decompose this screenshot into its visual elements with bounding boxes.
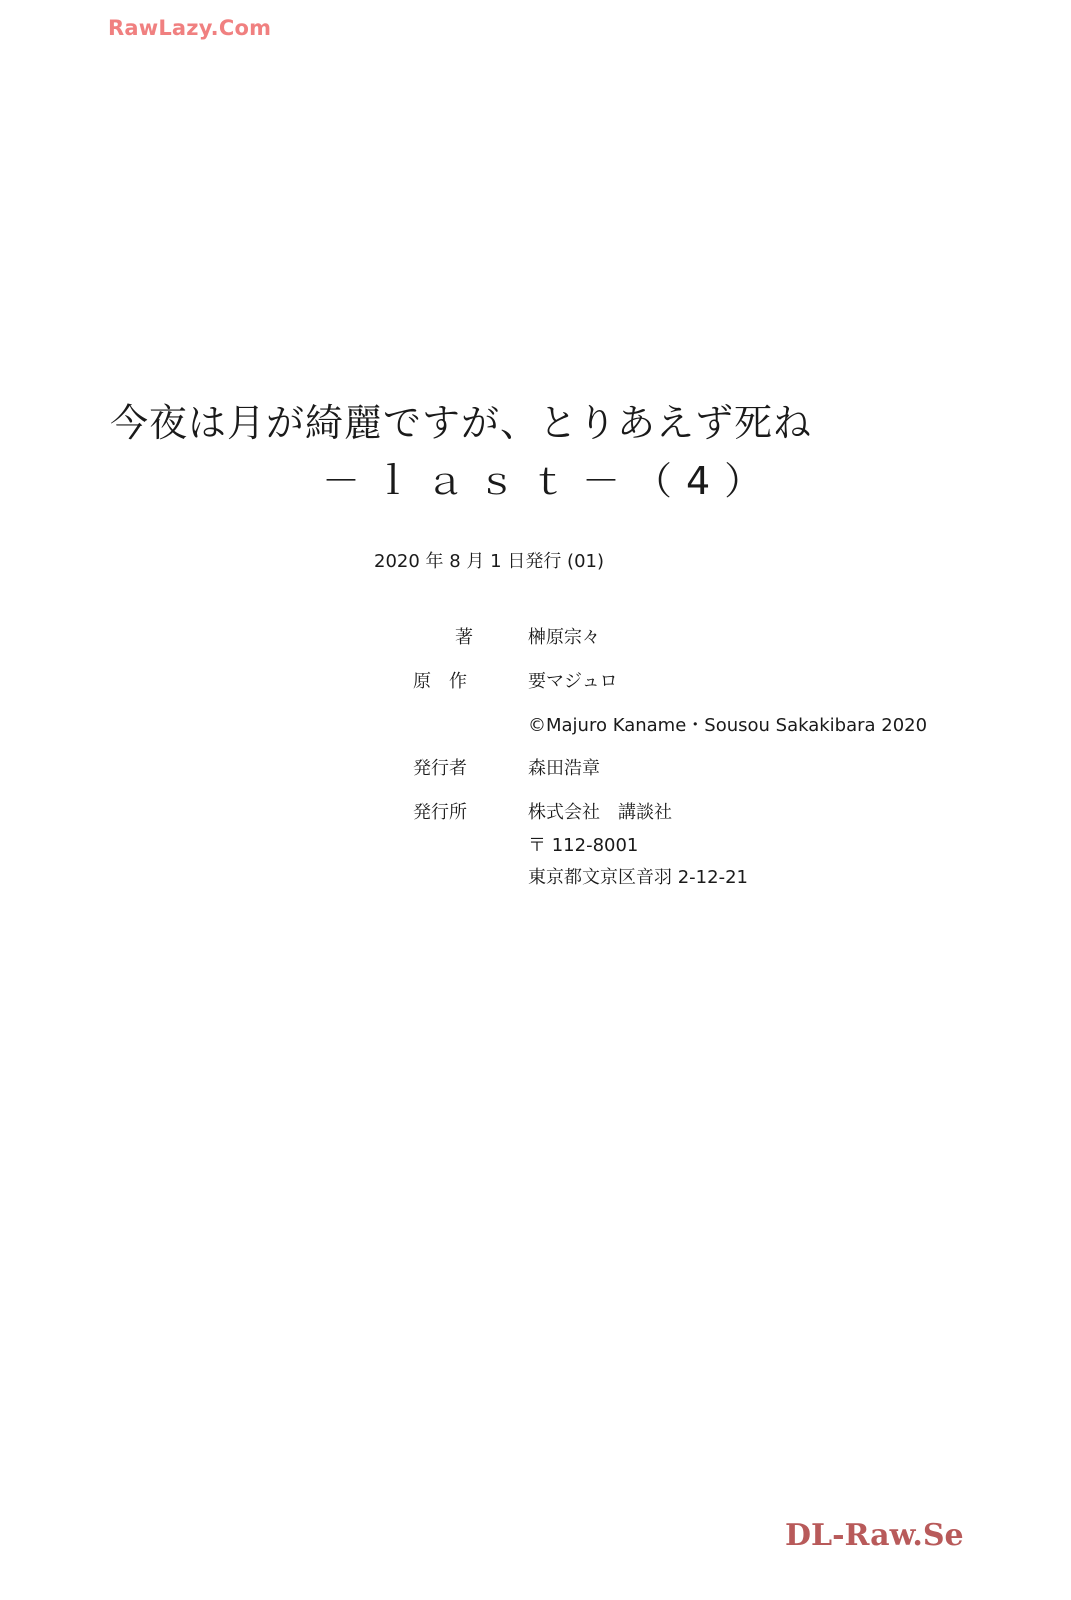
book-subtitle: －ｌａｓｔ－（4） (322, 450, 776, 505)
publish-date: 2020 年 8 月 1 日発行 (01) (374, 547, 604, 573)
author-label: 著 (455, 623, 473, 649)
address: 東京都文京区音羽 2-12-21 (528, 863, 748, 889)
book-title: 今夜は月が綺麗ですが、とりあえず死ね (110, 392, 812, 447)
copyright-line: ©Majuro Kaname・Sousou Sakakibara 2020 (528, 711, 927, 737)
original-work-label: 原 作 (413, 667, 467, 693)
postal-code: 〒 112-8001 (528, 831, 638, 857)
original-work-value: 要マジュロ (528, 667, 618, 693)
publisher-name: 株式会社 講談社 (528, 798, 672, 824)
author-value: 榊原宗々 (528, 623, 600, 649)
watermark-bottom: DL-Raw.Se (785, 1518, 964, 1553)
watermark-top: RawLazy.Com (108, 16, 271, 40)
publisher-person-value: 森田浩章 (528, 754, 600, 780)
publisher-label: 発行所 (413, 798, 467, 824)
publisher-person-label: 発行者 (413, 754, 467, 780)
